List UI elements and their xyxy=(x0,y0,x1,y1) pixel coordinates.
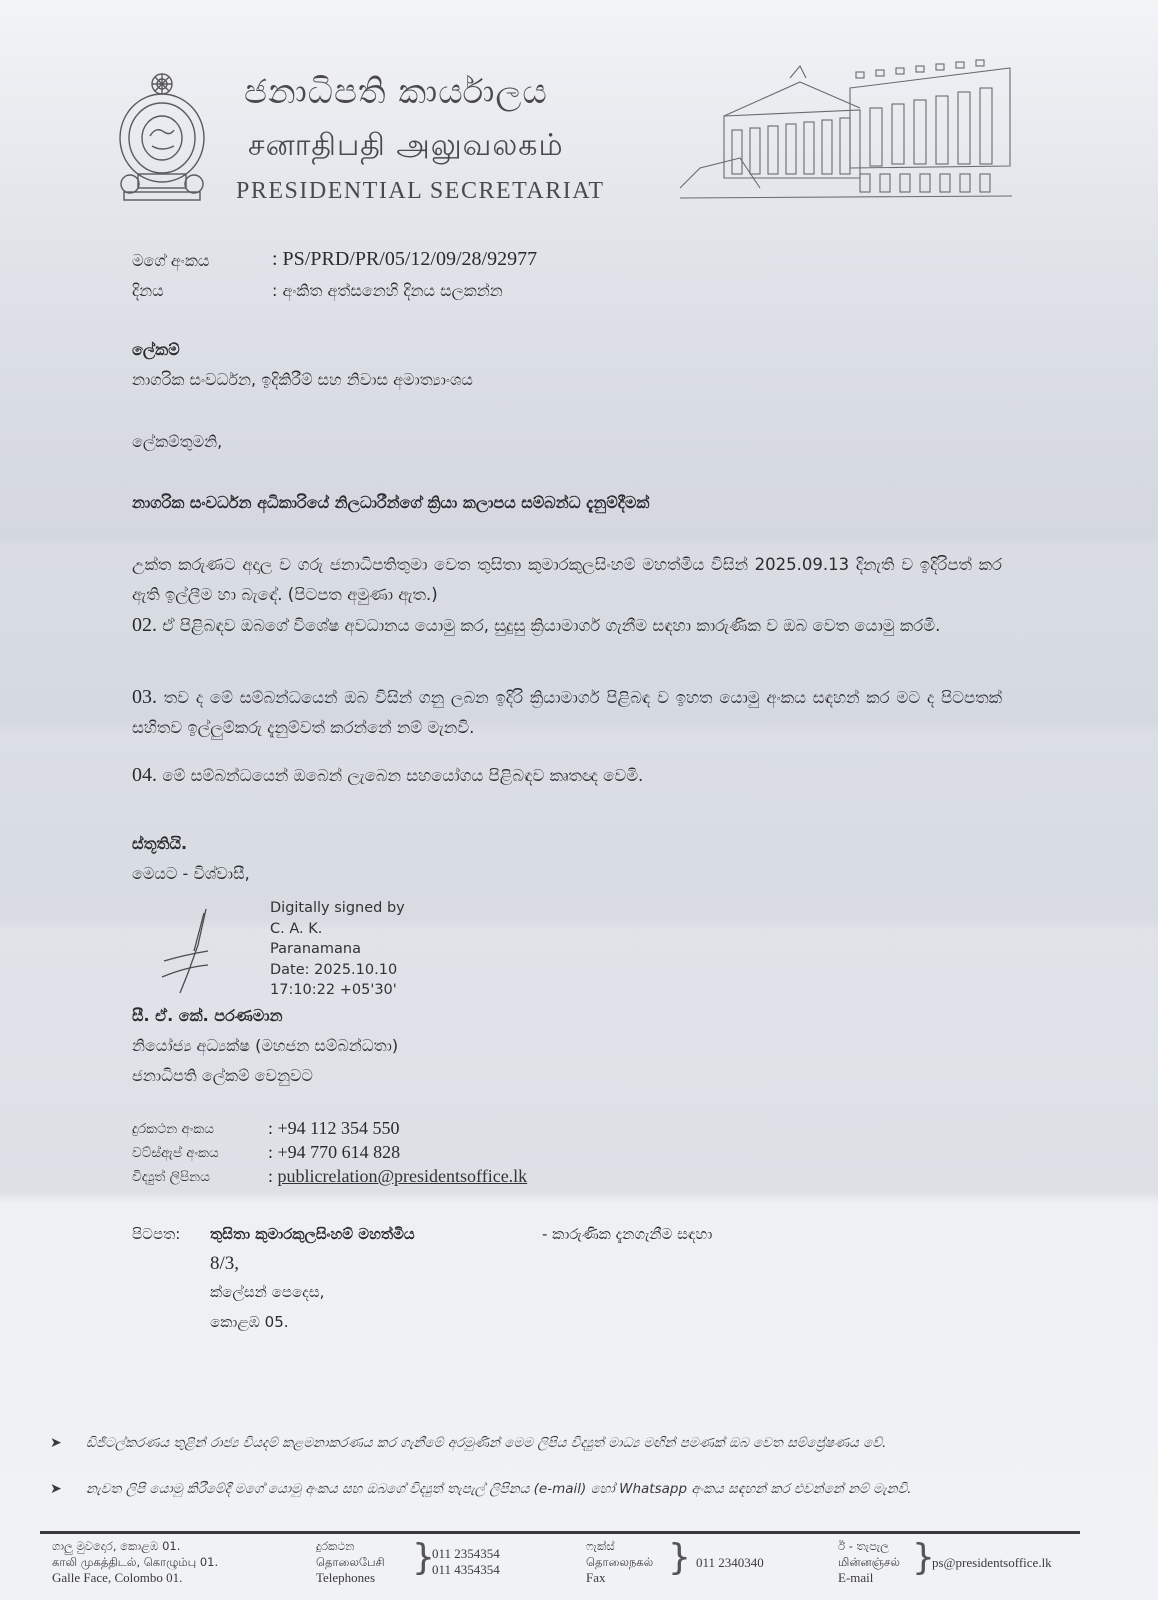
brace-icon: } xyxy=(668,1536,691,1580)
signatory-on-behalf: ජනාධිපති ලේකම් වෙනුවට xyxy=(132,1066,313,1086)
digital-signature-line: C. A. K. xyxy=(270,919,405,940)
note-item: ➤ නැවත ලිපි යොමු කිරීමේදී මගේ යොමු අංකය … xyxy=(50,1478,1080,1500)
copy-to-address-line: 8/3, xyxy=(210,1253,239,1275)
footer-address-ta: காலி முகத்திடல், கொழும்பு 01. xyxy=(52,1554,218,1570)
paragraph-text: තව ද මේ සම්බන්ධයෙන් ඔබ විසින් ගනු ලබන ඉද… xyxy=(132,688,1002,737)
emblem-icon xyxy=(116,70,208,202)
letterhead-title-english: PRESIDENTIAL SECRETARIAT xyxy=(236,178,605,205)
footer-divider xyxy=(40,1531,1080,1534)
closing-thanks: ස්තූතියි. xyxy=(132,834,187,854)
reference-row: මගේ අංකය : PS/PRD/PR/05/12/09/28/92977 xyxy=(132,248,537,271)
subject-line: නාගරික සංවර්ධන අධිකාරියේ නිලධාරීන්ගේ ක්‍… xyxy=(132,493,649,513)
digital-signature-line: Paranamana xyxy=(270,939,405,960)
footer-email-value[interactable]: ps@presidentsoffice.lk xyxy=(932,1555,1052,1571)
note-item: ➤ ඩිජිටල්කරණය තුළින් රාජ්‍ය වියදම් කළමනා… xyxy=(50,1432,1080,1454)
contact-email-row: විද්‍යුත් ලිපිනය : publicrelation@presid… xyxy=(132,1166,527,1187)
contact-whatsapp-row: වට්ස්ඇප් අංකය : +94 770 614 828 xyxy=(132,1142,400,1163)
reference-value: : PS/PRD/PR/05/12/09/28/92977 xyxy=(272,248,537,271)
footer-fax-label-en: Fax xyxy=(586,1570,653,1586)
date-row: දිනය : අංකිත අත්සනෙහි දිනය සලකන්න xyxy=(132,278,503,301)
digital-signature-block: Digitally signed by C. A. K. Paranamana … xyxy=(270,898,405,1001)
reference-label: මගේ අංකය xyxy=(132,248,272,271)
arrow-bullet-icon: ➤ xyxy=(50,1478,86,1500)
copy-to-name: තුසිතා කුමාරකුලසිංහම් මහත්මිය xyxy=(210,1225,415,1243)
contact-phone-row: දුරකථන අංකය : +94 112 354 550 xyxy=(132,1118,399,1139)
signatory-name: සී. ඒ. කේ. පරණමාන xyxy=(132,1006,283,1026)
copy-to-address-line: ක්ලේසන් පෙදෙස, xyxy=(210,1283,324,1301)
letterhead-title-sinhala: ජනාධිපති කාර්යාලය xyxy=(244,72,548,112)
note-text: නැවත ලිපි යොමු කිරීමේදී මගේ යොමු අංකය සහ… xyxy=(86,1478,1080,1500)
footer-fax-label-ta: தொலைநகல் xyxy=(586,1554,653,1570)
footer-email-labels: ඊ - තැපැල மின்னஞ்சல் E-mail xyxy=(838,1538,900,1586)
contact-label: වට්ස්ඇප් අංකය xyxy=(132,1142,268,1163)
footer-tel-2: 011 4354354 xyxy=(432,1562,500,1578)
copy-to-address-line: කොළඹ 05. xyxy=(210,1313,289,1331)
recipient-title: ලේකම් xyxy=(132,340,180,360)
body-paragraph-2: 02. ඒ පිළිබඳව ඔබගේ විශේෂ අවධානය යොමු කර,… xyxy=(132,610,1002,641)
digital-signature-line: Digitally signed by xyxy=(270,898,405,919)
footer-email-label-ta: மின்னஞ்சல் xyxy=(838,1554,900,1570)
copy-to-label: පිටපත: xyxy=(132,1225,180,1243)
footer-telephone-values: 011 2354354 011 4354354 xyxy=(432,1546,500,1578)
contact-email-link[interactable]: publicrelation@presidentsoffice.lk xyxy=(278,1166,528,1187)
footer-address-si: ගාලු මුවදොර, කොළඹ 01. xyxy=(52,1538,218,1554)
contact-label: විද්‍යුත් ලිපිනය xyxy=(132,1166,268,1187)
contact-value: : +94 770 614 828 xyxy=(268,1142,400,1163)
letter-page xyxy=(0,0,1158,1600)
arrow-bullet-icon: ➤ xyxy=(50,1432,86,1454)
date-label: දිනය xyxy=(132,278,272,301)
contact-label: දුරකථන අංකය xyxy=(132,1118,268,1139)
paragraph-number: 04. xyxy=(132,764,157,786)
salutation: ලේකම්තුමනි, xyxy=(132,432,222,452)
footer-tel-label-ta: தொலைபேசி xyxy=(316,1554,385,1570)
contact-prefix: : xyxy=(268,1166,278,1187)
recipient-ministry: නාගරික සංවර්ධන, ඉදිකිරීම් සහ නිවාස අමාත්… xyxy=(132,370,473,390)
body-paragraph-3: 03. තව ද මේ සම්බන්ධයෙන් ඔබ විසින් ගනු ලබ… xyxy=(132,682,1002,743)
paragraph-number: 02. xyxy=(132,614,157,636)
footer-telephone-labels: දුරකථන தொலைபேசி Telephones xyxy=(316,1538,385,1586)
footer-email-label-si: ඊ - තැපැල xyxy=(838,1538,900,1554)
paragraph-text: මේ සම්බන්ධයෙන් ඔබෙන් ලැබෙන සහයෝගය පිළිබඳ… xyxy=(162,766,643,785)
contact-value: : +94 112 354 550 xyxy=(268,1118,399,1139)
closing-yours: මෙයට - විශ්වාසී, xyxy=(132,864,250,884)
body-paragraph-4: 04. මේ සම්බන්ධයෙන් ඔබෙන් ලැබෙන සහයෝගය පි… xyxy=(132,760,1002,791)
building-icon xyxy=(680,48,1012,218)
footer-email-label-en: E-mail xyxy=(838,1570,900,1586)
body-paragraph-1: උක්ත කරුණට අදාල ව ගරු ජනාධිපතිතුමා වෙත ත… xyxy=(132,550,1002,610)
footer-tel-label-en: Telephones xyxy=(316,1570,385,1586)
footer-address-en: Galle Face, Colombo 01. xyxy=(52,1570,218,1586)
footer-tel-label-si: දුරකථන xyxy=(316,1538,385,1554)
footer-fax-value: 011 2340340 xyxy=(696,1555,764,1571)
digital-signature-line: 17:10:22 +05'30' xyxy=(270,980,405,1001)
note-text: ඩිජිටල්කරණය තුළින් රාජ්‍ය වියදම් කළමනාකර… xyxy=(86,1432,1080,1454)
date-value: : අංකිත අත්සනෙහි දිනය සලකන්න xyxy=(272,278,503,301)
footer-fax-labels: ෆැක්ස් தொலைநகல் Fax xyxy=(586,1538,653,1586)
signatory-designation: නියෝජ්‍ය අධ්‍යක්ෂ (මහජන සම්බන්ධතා) xyxy=(132,1036,398,1056)
copy-to-purpose: - කාරුණික දැනගැනීම සඳහා xyxy=(542,1225,712,1243)
footer-fax-label-si: ෆැක්ස් xyxy=(586,1538,653,1554)
signature-scribble-icon xyxy=(160,905,220,997)
footer-tel-1: 011 2354354 xyxy=(432,1546,500,1562)
paragraph-text: ඒ පිළිබඳව ඔබගේ විශේෂ අවධානය යොමු කර, සුද… xyxy=(162,616,940,635)
paragraph-number: 03. xyxy=(132,686,157,708)
letterhead-title-tamil: சனாதிபதி அலுவலகம் xyxy=(248,128,564,167)
footer-address: ගාලු මුවදොර, කොළඹ 01. காலி முகத்திடல், க… xyxy=(52,1538,218,1586)
digital-signature-line: Date: 2025.10.10 xyxy=(270,960,405,981)
